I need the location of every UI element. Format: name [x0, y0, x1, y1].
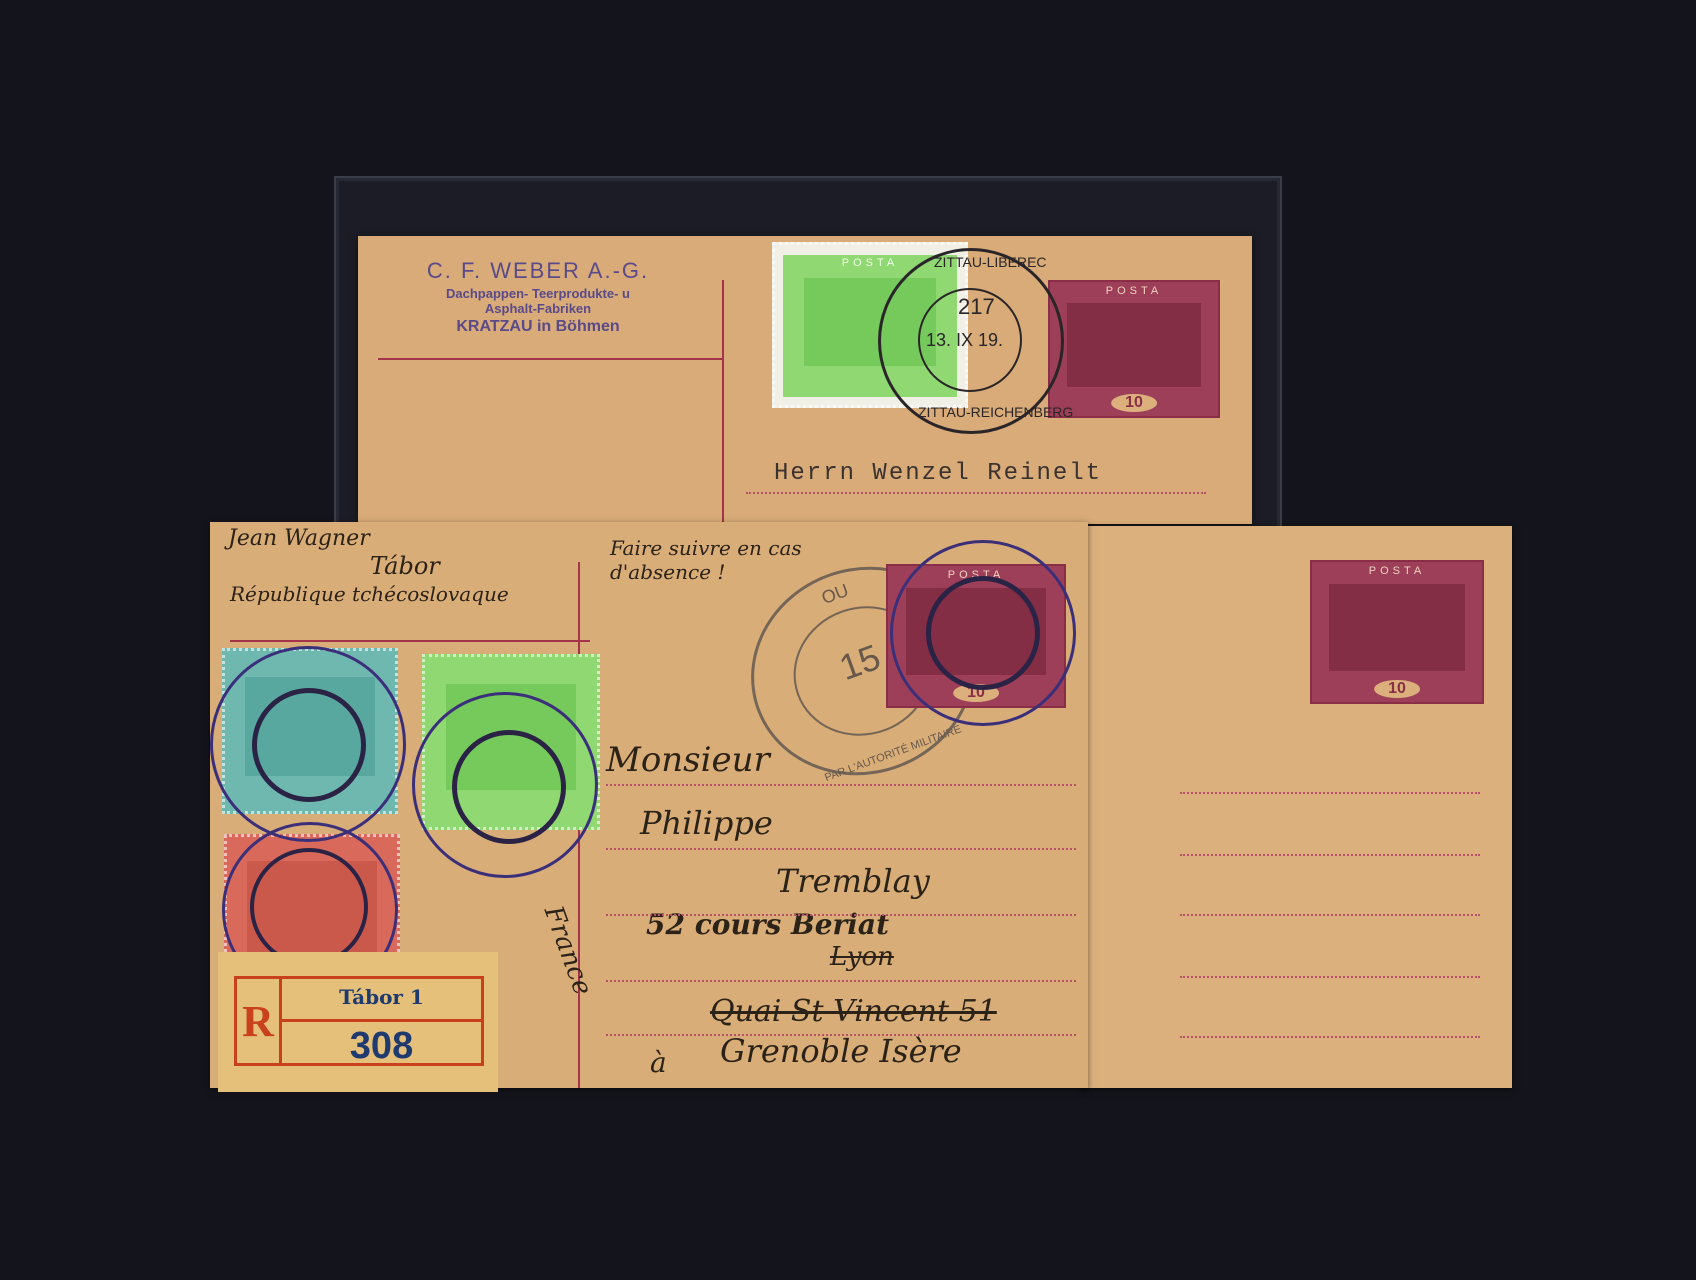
company-line3: KRATZAU in Böhmen [378, 318, 698, 336]
address-line [606, 980, 1076, 982]
divider-line [378, 358, 722, 360]
sender-country: République tchécoslovaque [230, 582, 509, 606]
address-city: Grenoble Isère [720, 1032, 962, 1070]
address-salutation: Monsieur [606, 740, 770, 780]
address-line [1180, 854, 1480, 856]
sender-city: Tábor [370, 552, 440, 580]
imprinted-stamp: POSTA 10 [1048, 280, 1220, 418]
postmark-number: 217 [958, 294, 995, 320]
address-line [1180, 976, 1480, 978]
tabor-postmark-inner [926, 576, 1040, 690]
address-line [606, 914, 1076, 916]
address-firstname: Philippe [640, 804, 773, 842]
tabor-postmark-inner [452, 730, 566, 844]
imprinted-stamp: POSTA 10 [1310, 560, 1484, 704]
address-country-prefix: à [650, 1046, 667, 1079]
company-line1: Dachpappen- Teerprodukte- u [378, 286, 698, 301]
registration-label: R Tábor 1 308 [218, 952, 498, 1092]
address-street-struck: Quai St Vincent 51 [710, 994, 997, 1029]
address-line [1180, 792, 1480, 794]
registration-number: 308 [282, 1025, 481, 1068]
address-country: France [538, 902, 598, 999]
postmark-top-text: ZITTAU-LIBEREC [934, 254, 1047, 270]
forwarding-note: Faire suivre en cas [610, 536, 802, 560]
address-line [1180, 914, 1480, 916]
address-line [606, 784, 1076, 786]
divider-line [722, 280, 724, 524]
tabor-postmark-inner [252, 688, 366, 802]
registration-letter: R [237, 979, 282, 1063]
forwarding-note-2: d'absence ! [610, 560, 725, 584]
registration-office: Tábor 1 [282, 985, 481, 1009]
address-city-struck: Lyon [830, 942, 894, 972]
address-street-new: 52 cours Beriat [646, 908, 889, 941]
postmark-date: 13. IX 19. [926, 330, 1003, 351]
sender-company-stamp: C. F. WEBER A.-G. Dachpappen- Teerproduk… [378, 258, 698, 336]
address-line [1180, 1036, 1480, 1038]
address-line [606, 848, 1076, 850]
typed-address: Herrn Wenzel Reinelt [774, 460, 1102, 487]
address-line [746, 492, 1206, 494]
postcard-kratzau: C. F. WEBER A.-G. Dachpappen- Teerproduk… [358, 236, 1252, 524]
postcard-unused: POSTA 10 [1080, 526, 1512, 1088]
postmark-bottom-text: ZITTAU-REICHENBERG [918, 404, 1073, 420]
sender-name: Jean Wagner [228, 526, 370, 551]
divider-line [230, 640, 590, 642]
address-surname: Tremblay [776, 862, 930, 900]
company-line2: Asphalt-Fabriken [378, 301, 698, 316]
company-name: C. F. WEBER A.-G. [378, 258, 698, 284]
tabor-postmark-inner [250, 848, 368, 966]
